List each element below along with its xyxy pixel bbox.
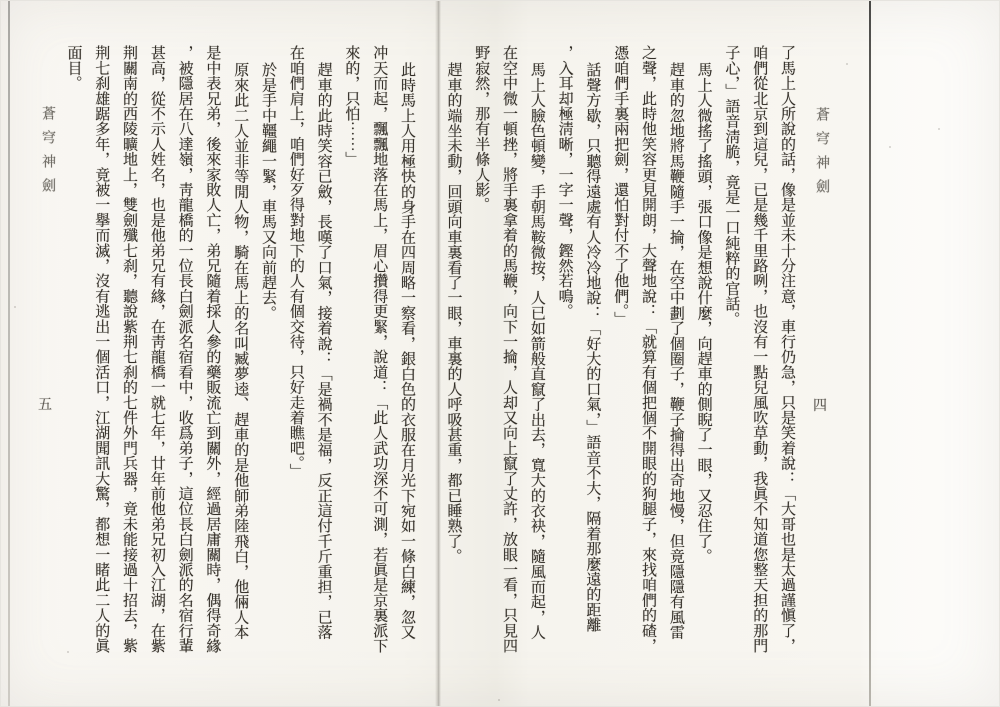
- text-column: 面目。: [59, 45, 87, 659]
- paper-right-edge: [869, 1, 871, 706]
- text-column: 在咱們肩上，咱們好歹得對地下的人有個交待，只好走着瞧吧。」: [281, 45, 309, 659]
- text-column: 冲天而起，飄飄地落在馬上，眉心攢得更緊，說道：「此人武功深不可測，若眞是京裏派下: [364, 45, 392, 659]
- text-column: 野寂然，那有半條人影。: [466, 45, 494, 659]
- book-spread-scan: 蒼穹神劍 四 了馬上人所說的話，像是並未十分注意，車行仍急，只是笑着說：「大哥也…: [0, 0, 1000, 707]
- text-column: 荆七刹雄踞多年，竟被一擧而滅，沒有逃出一個活口，江湖聞訊大驚，都想一睹此二人的眞: [86, 45, 114, 659]
- scan-speck: [889, 146, 891, 148]
- text-block-right: 了馬上人所說的話，像是並未十分注意，車行仍急，只是笑着說：「大哥也是太過謹愼了，…: [439, 45, 800, 659]
- text-column: 原來此二人並非等閒人物，騎在馬上的名叫臧夢逵、趕車的是他師弟陸飛白，他倆人本: [225, 45, 253, 659]
- text-column: 馬上人微搖了搖頭，張口像是想說什麼，向趕車的側睨了一眼，又忍住了。: [689, 45, 717, 659]
- text-column: 話聲方歇，只聽得遠處有人冷冷地說：「好大的口氣，」語音不大，隔着那麼遠的距離: [578, 45, 606, 659]
- scan-speck: [14, 306, 16, 308]
- text-column: 來的，只怕⋯⋯」: [337, 45, 365, 659]
- book-title-left: 蒼穹神劍: [37, 106, 57, 202]
- text-column: 趕車的端坐未動，回頭向車裏看了一眼，車裏的人呼吸甚重，都已睡熟了。: [439, 45, 467, 659]
- text-block-left: 此時馬上人用極快的身手在四周略一察看，銀白色的衣服在月光下宛如一條白練，忽又 冲…: [57, 45, 420, 659]
- paper-left-edge: [8, 1, 10, 706]
- text-column: 荆關南的西陵曠地上，雙劍殲七刹，聽說紫荆七刹的七件外門兵器，竟未能接過十招去，紫: [114, 45, 142, 659]
- text-column: 之聲，此時他笑容更見開朗，大聲地說：「就算有個把個不開眼的狗腿子，來找咱們的碴，: [633, 45, 661, 659]
- text-column: ，被隱居在八達嶺，靑龍橋的一位長白劍派名宿看中，收爲弟子，這位長白劍派的名宿行輩: [170, 45, 198, 659]
- page-number-left: 五: [38, 394, 52, 414]
- text-column: 咱們從北京到這兒，已是幾千里路咧，也沒有一點兒風吹草動，我眞不知道您整天担的那門: [744, 45, 772, 659]
- scan-speck: [846, 63, 848, 65]
- text-column: 憑咱們手裏兩把劍，還怕對付不了他們。」: [605, 45, 633, 659]
- text-column: 在空中微一頓挫，將手裏拿着的馬鞭，向下一掄，人却又向上竄了丈許，放眼一看，只見四: [494, 45, 522, 659]
- text-column: 子心，」語音淸脆，竟是一口純粹的官話。: [717, 45, 745, 659]
- text-column: 此時馬上人用極快的身手在四周略一察看，銀白色的衣服在月光下宛如一條白練，忽又: [392, 45, 420, 659]
- book-title-right: 蒼穹神劍: [811, 107, 831, 203]
- text-column: ，入耳却極淸晰，一字一聲，鏗然若鳴。: [550, 45, 578, 659]
- text-column: 於是手中韁繩一緊，車馬又向前趕去。: [253, 45, 281, 659]
- text-column: 甚高，從不示人姓名，也是他弟兄有緣，在靑龍橋一就七年，廿年前他弟兄初入江湖，在紫: [142, 45, 170, 659]
- text-column: 趕車的此時笑容已斂，長嘆了口氣，接着說：「是禍不是福，反正這付千斤重担，已落: [309, 45, 337, 659]
- text-column: 馬上人臉色頓變，手朝馬鞍微按，人已如箭般直竄了出去，寬大的衣袂，隨風而起，人: [522, 45, 550, 659]
- scan-speck: [938, 128, 940, 130]
- scan-speck: [67, 651, 69, 653]
- text-column: 是中表兄弟，後來家敗人亡，弟兄隨着採人參的藥販流亡到關外，經過居庸關時，偶得奇緣: [198, 45, 226, 659]
- page-number-right: 四: [813, 395, 827, 415]
- scan-speck: [498, 699, 500, 701]
- text-column: 趕車的忽地將馬鞭隨手一掄，在空中劃了個圈子，鞭子掄得出奇地慢，但竟隱隱有風雷: [661, 45, 689, 659]
- text-column: 了馬上人所說的話，像是並未十分注意，車行仍急，只是笑着說：「大哥也是太過謹愼了，: [772, 45, 800, 659]
